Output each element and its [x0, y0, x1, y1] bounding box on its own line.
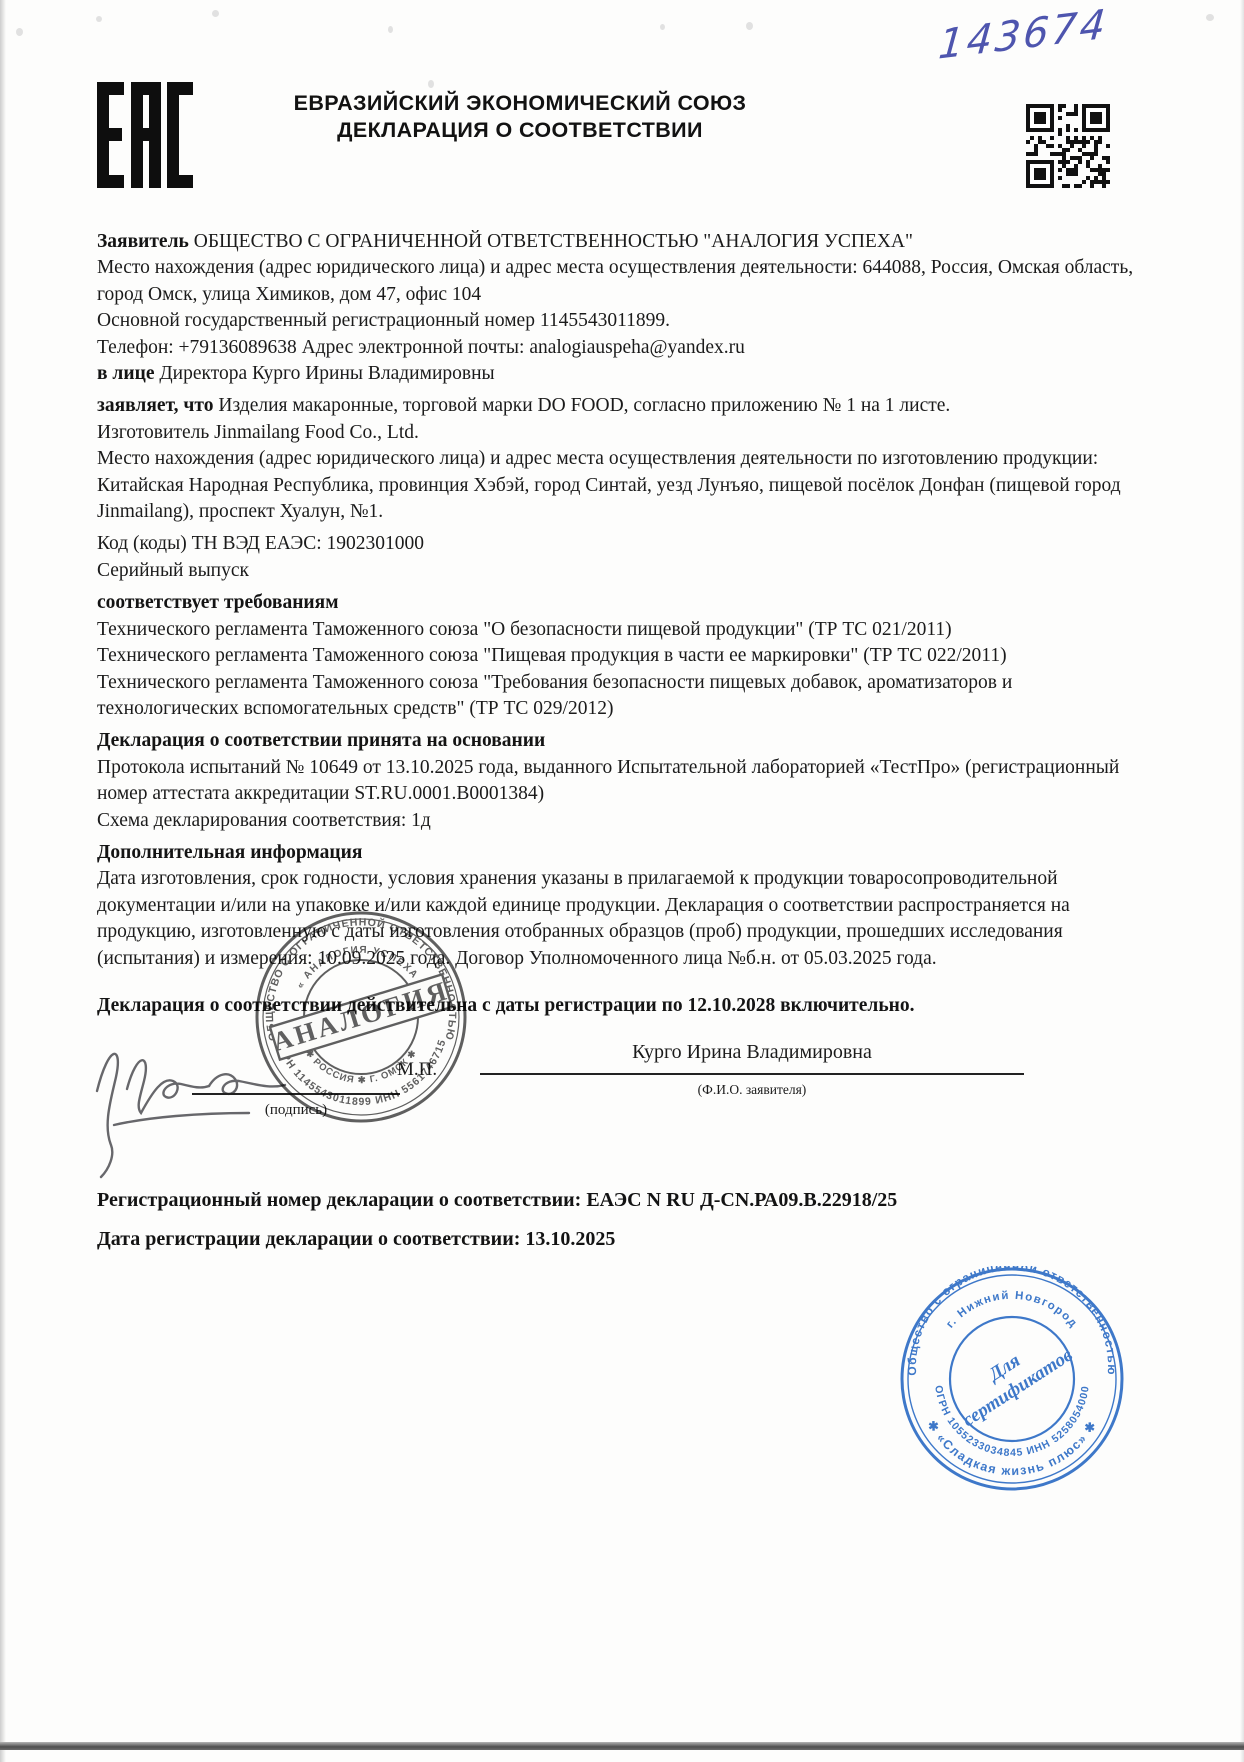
declaration-document: 143674 ЕВРАЗИЙСКИЙ ЭКОНОМИЧЕСКИЙ СОЮЗ ДЕ…	[0, 0, 1244, 1762]
applicant-label: Заявитель	[97, 231, 189, 252]
ogrn-paragraph: Основной государственный регистрационный…	[97, 308, 1147, 334]
applicant-paragraph: Заявитель ОБЩЕСТВО С ОГРАНИЧЕННОЙ ОТВЕТС…	[97, 229, 1147, 255]
regulation-item: Технического регламента Таможенного союз…	[97, 643, 1147, 669]
declares-label: заявляет, что	[97, 395, 214, 416]
blue-round-stamp: Общество с ограниченной ответственностью…	[899, 1266, 1125, 1492]
registration-number: Регистрационный номер декларации о соотв…	[97, 1187, 1147, 1213]
additional-heading: Дополнительная информация	[97, 840, 1147, 866]
name-line	[480, 1073, 1024, 1075]
handwritten-number: 143674	[937, 1, 1111, 69]
regulation-item: Технического регламента Таможенного союз…	[97, 670, 1147, 723]
scan-edge-left	[0, 0, 6, 1762]
scan-speck	[428, 80, 434, 88]
title-line1: ЕВРАЗИЙСКИЙ ЭКОНОМИЧЕСКИЙ СОЮЗ	[210, 90, 830, 117]
scan-speck	[16, 28, 23, 36]
basis-paragraph: Протокола испытаний № 10649 от 13.10.202…	[97, 755, 1147, 808]
address-paragraph: Место нахождения (адрес юридического лиц…	[97, 255, 1147, 308]
scan-speck	[746, 22, 753, 30]
eac-logo-icon	[97, 82, 193, 188]
blue-stamp-inner-top-text: г. Нижний Новгород	[944, 1290, 1080, 1331]
serial-paragraph: Серийный выпуск	[97, 558, 1147, 584]
registration-date: Дата регистрации декларации о соответств…	[97, 1226, 1147, 1252]
scan-speck	[388, 26, 393, 33]
scan-edge-right	[1240, 0, 1244, 1762]
scan-speck	[1206, 14, 1214, 21]
regulation-item: Технического регламента Таможенного союз…	[97, 617, 1147, 643]
black-stamp-inner-bottom-text: ✱ РОССИЯ ✱ Г. ОМСК ✱	[303, 1048, 420, 1087]
document-title: ЕВРАЗИЙСКИЙ ЭКОНОМИЧЕСКИЙ СОЮЗ ДЕКЛАРАЦИ…	[210, 90, 830, 144]
title-line2: ДЕКЛАРАЦИЯ О СООТВЕТСТВИИ	[210, 117, 830, 144]
scan-speck	[212, 10, 219, 17]
applicant-name: Курго Ирина Владимировна	[482, 1039, 1022, 1065]
manufacturer-paragraph: Изготовитель Jinmailang Food Co., Ltd.	[97, 420, 1147, 446]
person-label: в лице	[97, 363, 154, 384]
manufacturer-address-paragraph: Место нахождения (адрес юридического лиц…	[97, 446, 1147, 525]
black-round-stamp: ОБЩЕСТВО С ОГРАНИЧЕННОЙ ОТВЕТСТВЕННОСТЬЮ…	[252, 908, 470, 1126]
scan-edge-bottom	[0, 1742, 1244, 1750]
scan-speck	[660, 24, 665, 30]
tnved-code-paragraph: Код (коды) ТН ВЭД ЕАЭС: 1902301000	[97, 531, 1147, 557]
svg-text:г. Нижний Новгород: г. Нижний Новгород	[944, 1290, 1080, 1331]
svg-text:✱ РОССИЯ ✱ Г. ОМСК ✱: ✱ РОССИЯ ✱ Г. ОМСК ✱	[303, 1048, 420, 1087]
qr-code-icon	[1024, 100, 1112, 192]
scan-speck	[96, 16, 102, 22]
name-caption: (Ф.И.О. заявителя)	[480, 1077, 1024, 1103]
scheme-paragraph: Схема декларирования соответствия: 1д	[97, 808, 1147, 834]
basis-heading: Декларация о соответствии принята на осн…	[97, 728, 1147, 754]
person-paragraph: в лице Директора Курго Ирины Владимировн…	[97, 361, 1147, 387]
contact-paragraph: Телефон: +79136089638 Адрес электронной …	[97, 335, 1147, 361]
complies-heading: соответствует требованиям	[97, 590, 1147, 616]
declares-paragraph: заявляет, что Изделия макаронные, торгов…	[97, 393, 1147, 419]
